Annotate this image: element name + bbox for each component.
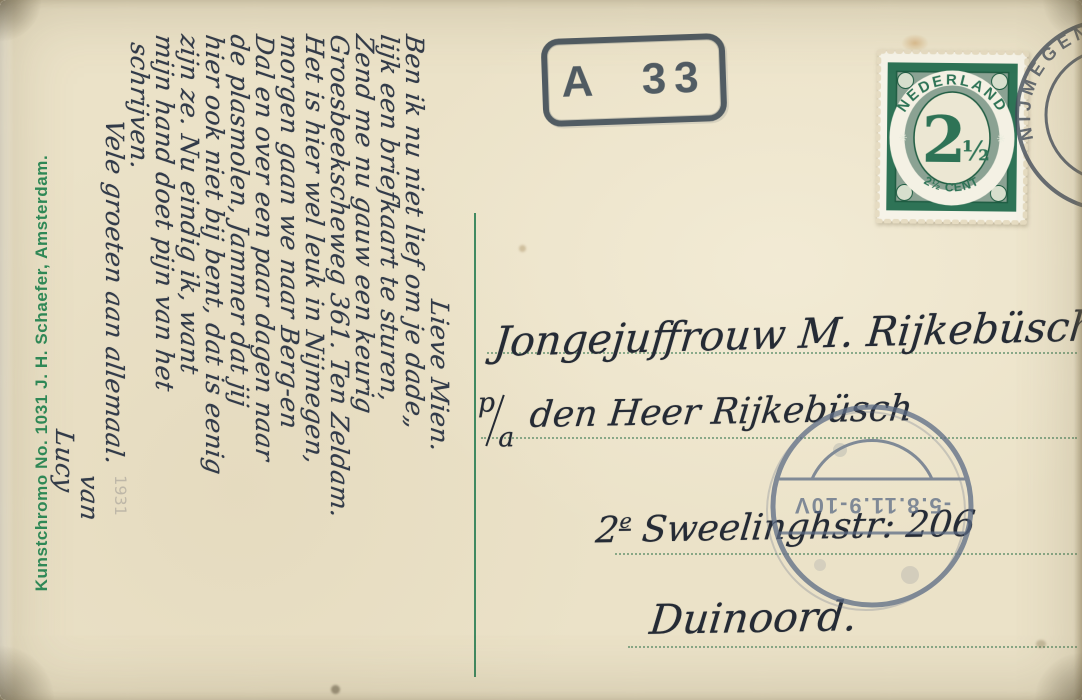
paper-stain: [1036, 640, 1046, 648]
care-of-a: a: [498, 422, 515, 453]
address-rule-4: [628, 646, 1077, 648]
message-line-12: schrijven.: [127, 33, 152, 667]
message-line-9: hier ook niet bij bent, dat is eenig: [202, 33, 227, 667]
message-line-7: Dal en over een paar dagen naar: [252, 33, 277, 667]
address-recipient: Jongejuffrouw M. Rijkebüsch: [492, 302, 1082, 366]
message-line-0: Lieve Mien.: [427, 33, 452, 667]
message-line-15: Lucy: [52, 33, 77, 667]
origin-postmark-art: NIJMEGEN: [950, 0, 1082, 260]
message-line-5: Het is hier wel leuk in Nijmegen,: [302, 33, 327, 667]
stamp-left-ornament: ✳: [898, 131, 907, 144]
street-number-prefix: 2: [594, 510, 621, 551]
handwritten-message: Lieve Mien.Ben ik nu niet lief om je dad…: [52, 35, 452, 665]
message-line-11: mijn hand doet pijn van het: [152, 33, 177, 667]
paper-stain: [331, 685, 340, 694]
sorting-handstamp-a33: A 33: [541, 33, 728, 127]
message-line-1: Ben ik nu niet lief om je dade„: [402, 33, 427, 667]
message-line-6: morgen gaan we naar Berg-en: [277, 33, 302, 667]
arrival-postmark-datetime: -5.8.11.9-10V: [793, 493, 951, 518]
message-line-4: Groesbeekscheweg 361. Ten Zeldam.: [327, 33, 352, 667]
arrival-postmark: -5.8.11.9-10V: [760, 395, 984, 623]
scan-edge-right: [1074, 0, 1082, 700]
message-line-13: Vele groeten aan allemaal.: [102, 33, 127, 667]
message-line-2: lijk een briefkaart te sturen,: [377, 33, 402, 667]
paper-stain: [519, 245, 526, 252]
message-line-3: Zend me nu gauw een keurig: [352, 33, 377, 667]
origin-postmark: NIJMEGEN: [950, 0, 1082, 264]
centre-divider-line: [474, 213, 476, 677]
postcard-back: Kunstchromo No. 1031 J. H. Schaefer, Ams…: [0, 0, 1082, 700]
arrival-postmark-art: -5.8.11.9-10V: [760, 395, 984, 619]
message-line-8: de plasmolen, Jammer dat jij: [227, 33, 252, 667]
care-of-p: p: [477, 387, 495, 418]
message-line-10: zijn ze. Nu eindig ik, want: [177, 33, 202, 667]
message-line-14: van: [77, 33, 102, 667]
care-of-fraction: p a: [478, 391, 515, 450]
scan-edge-left: [0, 0, 14, 700]
